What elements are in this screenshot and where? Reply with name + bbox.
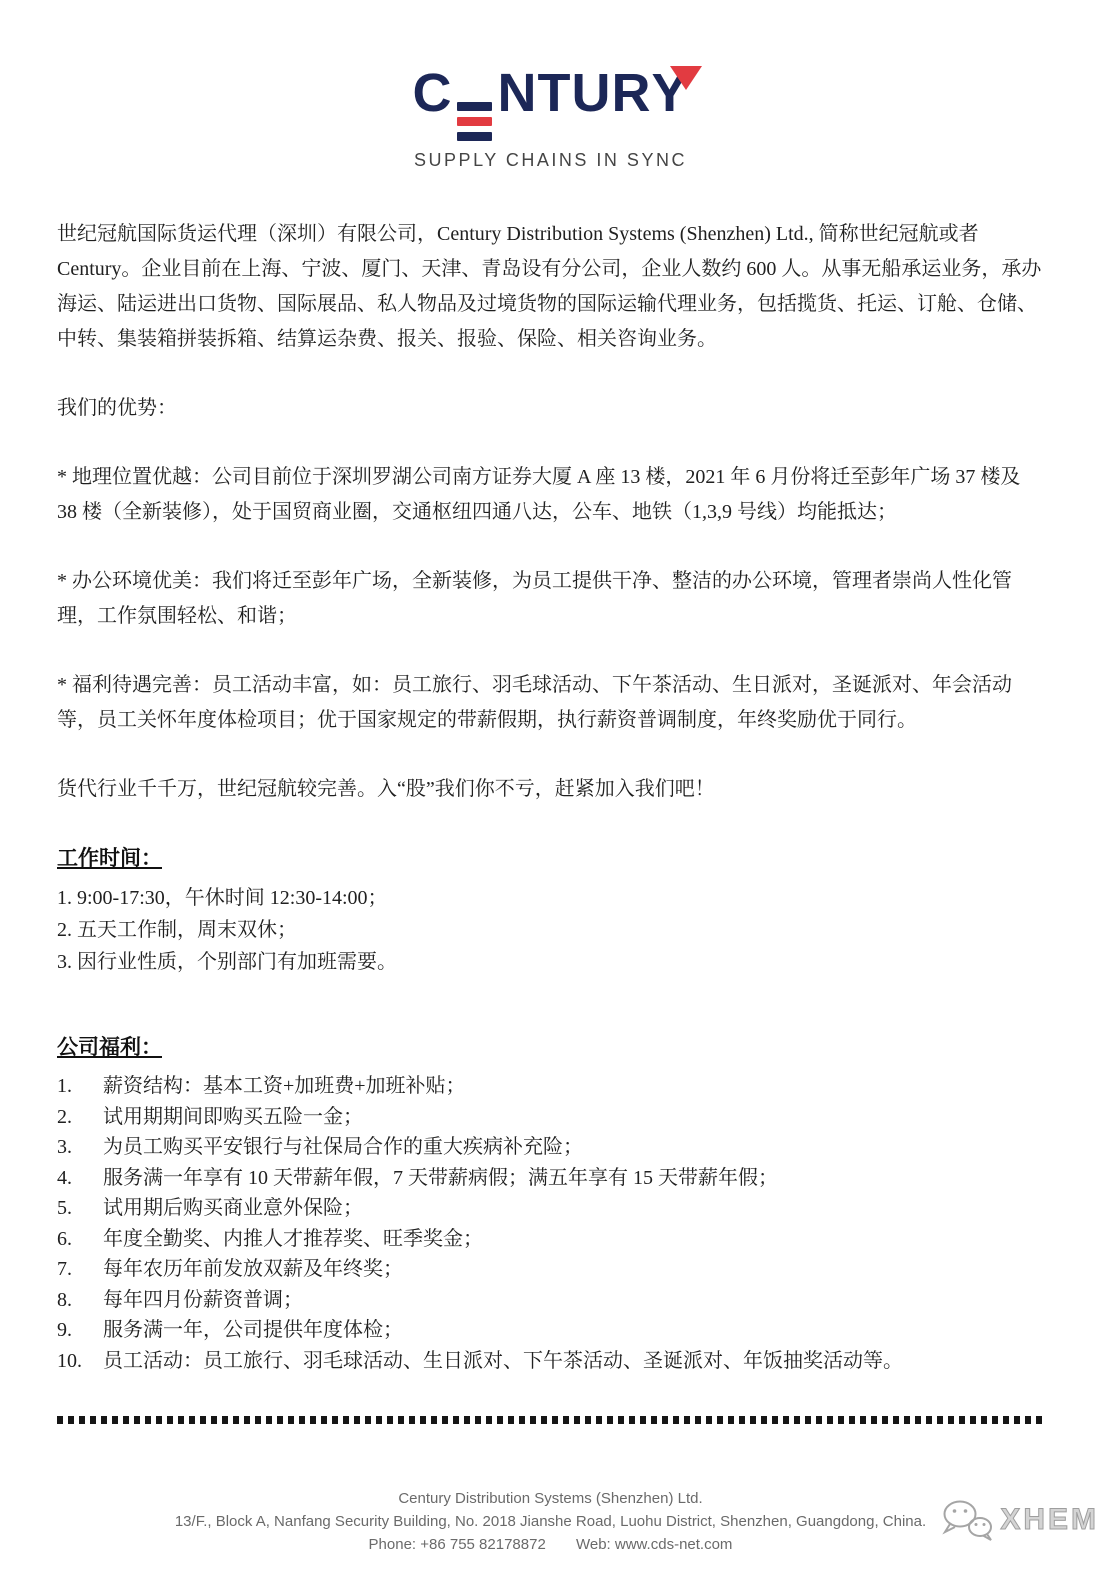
intro-paragraph: 世纪冠航国际货运代理（深圳）有限公司，Century Distribution … — [57, 217, 1044, 357]
logo-letter-y: Y — [651, 66, 688, 120]
benefit-text: 试用期期间即购买五险一金； — [103, 1102, 1044, 1133]
benefit-number: 4. — [57, 1163, 103, 1194]
benefit-text: 为员工购买平安银行与社保局合作的重大疾病补充险； — [103, 1132, 1044, 1163]
benefit-number: 5. — [57, 1193, 103, 1224]
benefit-item: 8. 每年四月份薪资普调； — [57, 1285, 1044, 1316]
logo-letters-mid: NTUR — [497, 66, 651, 120]
logo-letter-e-bars-icon — [457, 102, 492, 141]
benefit-number: 6. — [57, 1224, 103, 1255]
logo-tagline: SUPPLY CHAINS IN SYNC — [414, 150, 687, 171]
company-logo: C NTUR Y SUPPLY CHAINS IN SYNC — [0, 0, 1101, 171]
benefit-item: 10. 员工活动：员工旅行、羽毛球活动、生日派对、下午茶活动、圣诞派对、年饭抽奖… — [57, 1346, 1044, 1377]
footer-web: Web: www.cds-net.com — [576, 1536, 732, 1553]
benefits-section: 公司福利： 1. 薪资结构：基本工资+加班费+加班补贴； 2. 试用期期间即购买… — [57, 996, 1044, 1376]
benefit-item: 1. 薪资结构：基本工资+加班费+加班补贴； — [57, 1071, 1044, 1102]
benefit-number: 8. — [57, 1285, 103, 1316]
benefit-item: 4. 服务满一年享有 10 天带薪年假，7 天带薪病假；满五年享有 15 天带薪… — [57, 1163, 1044, 1194]
benefits-heading: 公司福利： — [57, 1030, 162, 1065]
footer-company-line: Century Distribution Systems (Shenzhen) … — [0, 1487, 1101, 1510]
benefit-text: 服务满一年，公司提供年度体检； — [103, 1315, 1044, 1346]
wechat-watermark: XHEM — [939, 1497, 1099, 1543]
benefit-text: 试用期后购买商业意外保险； — [103, 1193, 1044, 1224]
benefit-item: 7. 每年农历年前发放双薪及年终奖； — [57, 1254, 1044, 1285]
benefit-text: 年度全勤奖、内推人才推荐奖、旺季奖金； — [103, 1224, 1044, 1255]
logo-e-bottom-bar — [457, 132, 492, 141]
benefit-text: 员工活动：员工旅行、羽毛球活动、生日派对、下午茶活动、圣诞派对、年饭抽奖活动等。 — [103, 1346, 1044, 1377]
benefit-text: 服务满一年享有 10 天带薪年假，7 天带薪病假；满五年享有 15 天带薪年假； — [103, 1163, 1044, 1194]
benefit-number: 7. — [57, 1254, 103, 1285]
footer-address-line: 13/F., Block A, Nanfang Security Buildin… — [0, 1510, 1101, 1533]
logo-red-triangle-icon — [670, 66, 702, 90]
benefit-item: 9. 服务满一年，公司提供年度体检； — [57, 1315, 1044, 1346]
footer-contact-line: Phone: +86 755 82178872 Web: www.cds-net… — [0, 1533, 1101, 1556]
benefit-number: 2. — [57, 1102, 103, 1133]
benefit-number: 10. — [57, 1346, 103, 1377]
work-hours-section: 工作时间： 1. 9:00-17:30，午休时间 12:30-14:00； 2.… — [57, 807, 1044, 978]
work-hours-item: 2. 五天工作制，周末双休； — [57, 914, 1044, 946]
benefit-item: 5. 试用期后购买商业意外保险； — [57, 1193, 1044, 1224]
dotted-divider — [57, 1416, 1044, 1424]
document-body: 世纪冠航国际货运代理（深圳）有限公司，Century Distribution … — [0, 217, 1101, 1424]
benefit-item: 2. 试用期期间即购买五险一金； — [57, 1102, 1044, 1133]
benefit-item: 3. 为员工购买平安银行与社保局合作的重大疾病补充险； — [57, 1132, 1044, 1163]
work-hours-heading: 工作时间： — [57, 841, 162, 876]
logo-e-middle-red-bar — [457, 117, 492, 126]
document-page: C NTUR Y SUPPLY CHAINS IN SYNC 世纪冠航国际货运代… — [0, 0, 1101, 1582]
wechat-icon — [939, 1497, 995, 1543]
advantage-item-environment: * 办公环境优美：我们将迁至彭年广场，全新装修，为员工提供干净、整洁的办公环境，… — [57, 564, 1044, 634]
logo-e-top-bar — [457, 102, 492, 111]
footer-phone: Phone: +86 755 82178872 — [369, 1536, 546, 1553]
benefit-text: 薪资结构：基本工资+加班费+加班补贴； — [103, 1071, 1044, 1102]
advantage-item-location: * 地理位置优越：公司目前位于深圳罗湖公司南方证券大厦 A 座 13 楼，202… — [57, 460, 1044, 530]
logo-wordmark: C NTUR Y — [412, 66, 688, 141]
benefit-item: 6. 年度全勤奖、内推人才推荐奖、旺季奖金； — [57, 1224, 1044, 1255]
slogan-line: 货代行业千千万，世纪冠航较完善。入“股”我们你不亏，赶紧加入我们吧！ — [57, 772, 1044, 807]
logo-letters-left: C — [412, 66, 452, 120]
work-hours-item: 3. 因行业性质，个别部门有加班需要。 — [57, 946, 1044, 978]
benefit-text: 每年农历年前发放双薪及年终奖； — [103, 1254, 1044, 1285]
benefit-number: 1. — [57, 1071, 103, 1102]
work-hours-item: 1. 9:00-17:30，午休时间 12:30-14:00； — [57, 882, 1044, 914]
advantage-item-welfare: * 福利待遇完善：员工活动丰富，如：员工旅行、羽毛球活动、下午茶活动、生日派对，… — [57, 668, 1044, 738]
benefit-number: 3. — [57, 1132, 103, 1163]
document-footer: Century Distribution Systems (Shenzhen) … — [0, 1487, 1101, 1556]
benefit-number: 9. — [57, 1315, 103, 1346]
benefit-text: 每年四月份薪资普调； — [103, 1285, 1044, 1316]
watermark-text: XHEM — [1000, 1503, 1099, 1537]
advantages-heading: 我们的优势： — [57, 391, 1044, 426]
